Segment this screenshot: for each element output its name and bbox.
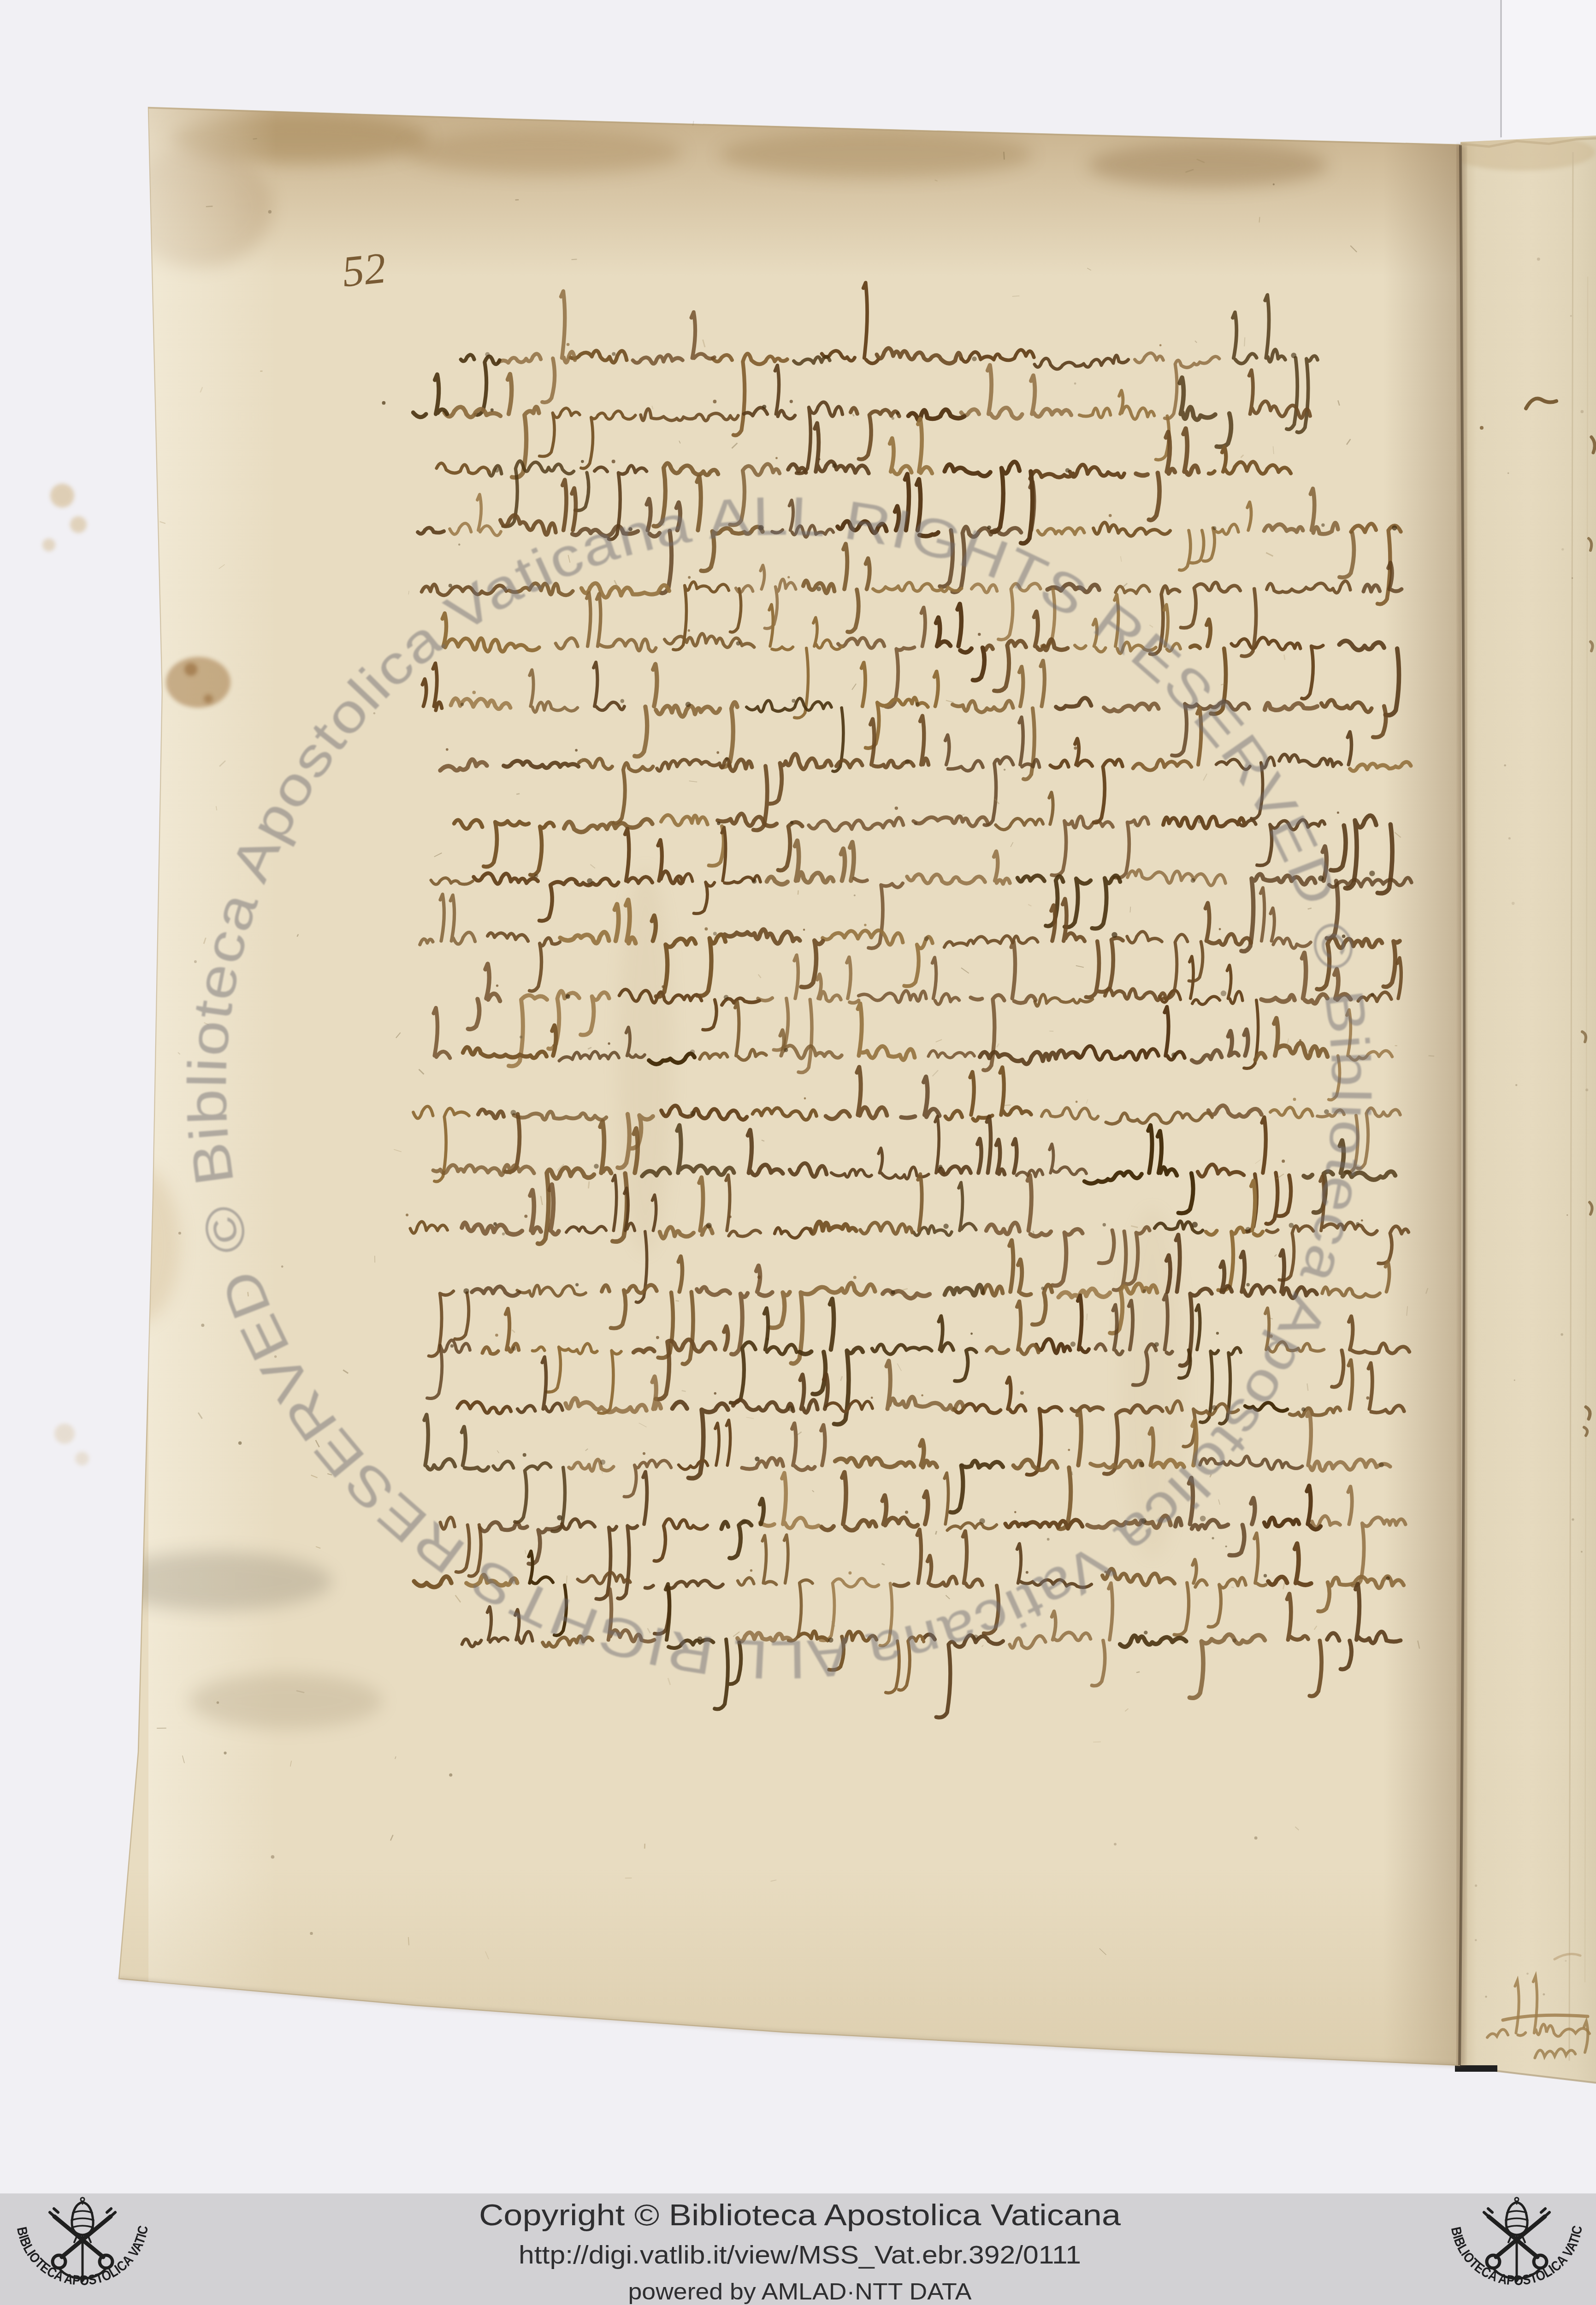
ink-dot — [757, 1276, 761, 1279]
ink-blotch — [1379, 1462, 1384, 1467]
paper-fleck — [201, 1324, 204, 1327]
strip-fleck — [1561, 1333, 1563, 1336]
ink-blotch — [916, 702, 920, 706]
ink-blotch — [686, 702, 691, 707]
footer-url: http://digi.vatlib.it/view/MSS_Vat.ebr.3… — [519, 2240, 1081, 2269]
strip-fleck — [1485, 1996, 1487, 1998]
paper-fleck — [224, 1752, 226, 1755]
ink-dot — [775, 457, 778, 459]
folio-number: 52 — [340, 243, 389, 296]
footer-powered-by: powered by AMLAD·NTT DATA — [628, 2279, 972, 2305]
ink-dot — [714, 1392, 716, 1395]
ink-dot — [1014, 1511, 1017, 1513]
paper-fleck — [271, 1855, 275, 1859]
paper-fiber-speck — [1231, 1587, 1234, 1588]
strip-fleck — [1570, 315, 1572, 317]
next-page-strip — [1448, 134, 1596, 2083]
paper-fiber-speck — [516, 794, 520, 794]
paper-fleck — [502, 1233, 505, 1235]
paper-fiber-speck — [1259, 217, 1260, 223]
ink-blotch — [896, 411, 900, 415]
ink-dot — [905, 1511, 908, 1514]
ink-blotch — [1212, 526, 1217, 531]
paper-fleck — [1225, 1545, 1227, 1547]
paper-fleck — [281, 1265, 284, 1268]
ink-dot — [729, 1216, 732, 1218]
ink-blotch — [784, 1048, 788, 1052]
paper-fleck — [449, 1773, 452, 1777]
ink-blotch — [717, 822, 720, 825]
ink-blotch — [690, 1049, 695, 1054]
ink-blotch — [495, 468, 499, 473]
paper-fiber-speck — [682, 1391, 686, 1392]
strip-fleck — [1565, 1960, 1566, 1962]
ink-dot — [871, 1397, 873, 1399]
ink-dot — [446, 748, 449, 751]
ink-blotch — [891, 1290, 895, 1294]
paper-fiber-speck — [676, 1300, 679, 1301]
strip-ink-dot — [1480, 426, 1484, 430]
ink-blotch — [1301, 1407, 1306, 1412]
strip-fleck — [1475, 1939, 1477, 1941]
ink-blotch — [511, 1110, 516, 1115]
ink-dot — [581, 460, 584, 463]
ink-blotch — [792, 699, 795, 703]
ink-dot — [567, 343, 570, 346]
ink-dot — [406, 1214, 408, 1217]
paper-fiber-speck — [1004, 152, 1004, 160]
paper-fleck — [268, 210, 272, 213]
strip-fleck — [1585, 1088, 1588, 1091]
paper-fleck — [1273, 183, 1275, 185]
ink-blotch — [960, 1463, 964, 1467]
ink-dot — [612, 460, 615, 463]
ink-dot — [382, 401, 386, 405]
strip-fleck — [1581, 410, 1584, 414]
paper-fleck — [178, 1232, 181, 1235]
ink-dot — [704, 928, 708, 931]
ink-blotch — [816, 586, 821, 591]
ink-blotch — [1142, 1289, 1146, 1293]
ink-blotch — [600, 1460, 605, 1465]
ink-blotch — [943, 1223, 948, 1229]
strip-fleck — [1507, 473, 1509, 474]
ink-blotch — [1171, 1052, 1176, 1058]
ink-blotch — [788, 1406, 794, 1412]
paper-fleck — [520, 1035, 522, 1038]
strip-fleck — [1537, 258, 1540, 261]
ink-blotch — [1111, 932, 1117, 938]
paper-fiber-speck — [206, 206, 213, 207]
ink-dot — [496, 984, 498, 987]
paper-fleck — [1212, 1537, 1214, 1539]
ink-dot — [716, 751, 719, 754]
paper-fiber-speck — [1087, 1314, 1087, 1320]
paper-fleck — [458, 544, 460, 545]
ink-blotch — [979, 1518, 985, 1524]
ink-blotch — [832, 464, 837, 468]
ink-dot — [1293, 1098, 1296, 1101]
ink-dot — [1159, 344, 1162, 347]
ink-dot — [790, 400, 793, 403]
ink-blotch — [1247, 1283, 1250, 1286]
ink-dot — [921, 1394, 923, 1396]
ink-blotch — [736, 641, 740, 645]
ink-blotch — [905, 759, 910, 764]
paper-fiber-speck — [1130, 907, 1130, 913]
ink-blotch — [594, 1164, 599, 1169]
paper-fiber-speck — [1284, 655, 1285, 660]
ink-dot — [818, 458, 821, 461]
strip-fleck — [1561, 548, 1564, 550]
ink-blotch — [1369, 870, 1375, 876]
ink-dot — [495, 1334, 498, 1337]
ink-dot — [524, 1215, 527, 1218]
strip-fleck — [1572, 1518, 1574, 1520]
ink-dot — [978, 633, 981, 636]
ink-blotch — [762, 405, 766, 409]
paper-fiber-speck — [936, 1531, 937, 1535]
ink-blotch — [1291, 353, 1296, 358]
ink-blotch — [493, 1222, 497, 1226]
paper-fiber-speck — [1429, 1056, 1434, 1056]
strip-fleck — [1504, 764, 1506, 767]
ink-blotch — [1221, 991, 1226, 996]
ink-dot — [787, 576, 790, 578]
ink-blotch — [1321, 523, 1324, 526]
strip-fleck — [1515, 1084, 1517, 1086]
ink-dot — [804, 1097, 806, 1099]
ink-blotch — [752, 879, 757, 884]
paper-fleck — [854, 894, 856, 896]
ink-blotch — [491, 408, 494, 412]
ink-dot — [662, 985, 664, 988]
ink-dot — [1337, 811, 1339, 814]
paper-fiber-speck — [408, 591, 409, 595]
ink-dot — [523, 1453, 526, 1457]
ink-blotch — [713, 932, 717, 935]
ink-blotch — [706, 1223, 711, 1228]
ink-dot — [864, 341, 867, 343]
paper-fleck — [310, 1932, 313, 1935]
ink-dot — [1020, 1391, 1024, 1395]
paper-fiber-speck — [567, 1576, 567, 1585]
ink-blotch — [741, 1519, 747, 1525]
ink-dot — [766, 1338, 769, 1341]
paper-fiber-speck — [408, 1937, 409, 1945]
ink-blotch — [1192, 1222, 1198, 1228]
ink-dot — [1109, 514, 1112, 517]
main-page — [97, 107, 1465, 2067]
ink-dot — [688, 576, 691, 579]
ink-blotch — [461, 703, 464, 706]
ink-blotch — [1144, 1631, 1147, 1634]
footer-copyright: Copyright © Biblioteca Apostolica Vatica… — [479, 2199, 1121, 2232]
strip-fleck — [1475, 1885, 1477, 1887]
ink-blotch — [566, 994, 570, 999]
ink-blotch — [1232, 1638, 1236, 1643]
backing-sheet-top-right — [1501, 0, 1596, 139]
ink-blotch — [1264, 1574, 1267, 1577]
ink-blotch — [534, 874, 538, 878]
ink-blotch — [1245, 1227, 1251, 1233]
ink-blotch — [485, 352, 490, 357]
paper-fiber-speck — [1136, 1672, 1140, 1673]
ink-dot — [552, 1044, 555, 1046]
ink-dot — [1366, 1396, 1370, 1400]
ink-dot — [848, 1572, 851, 1575]
ink-blotch — [621, 699, 625, 703]
ink-blotch — [557, 1515, 562, 1520]
strip-fleck — [1543, 1993, 1545, 1996]
ink-blotch — [1139, 1462, 1144, 1467]
ink-dot — [575, 749, 578, 752]
strip-fleck — [1566, 1214, 1568, 1216]
ink-blotch — [790, 821, 793, 824]
ink-blotch — [724, 995, 729, 1000]
ink-blotch — [1289, 1223, 1294, 1228]
ink-blotch — [1154, 1342, 1159, 1347]
ink-blotch — [939, 1165, 943, 1169]
ink-blotch — [463, 1288, 469, 1294]
paper-fleck — [1254, 1837, 1258, 1840]
ink-dot — [1068, 1449, 1070, 1451]
ink-dot — [895, 806, 898, 810]
ink-blotch — [914, 822, 917, 825]
ink-blotch — [1023, 1521, 1029, 1527]
paper-fiber-speck — [253, 139, 257, 139]
strip-fleck — [1508, 837, 1511, 839]
ink-dot — [1219, 928, 1221, 930]
paper-fiber-speck — [1072, 1472, 1072, 1475]
ink-blotch — [1065, 468, 1070, 473]
ink-dot — [750, 1569, 752, 1572]
ink-dot — [643, 1452, 645, 1455]
ink-dot — [970, 1333, 973, 1335]
ink-blotch — [924, 936, 929, 941]
ink-blotch — [1392, 526, 1397, 531]
ink-blotch — [690, 1111, 696, 1116]
paper-fiber-speck — [588, 1182, 589, 1188]
ink-dot — [803, 929, 805, 931]
manuscript-scan-stage: 52 lioteca Apostolica Vaticana ALL RIGHT… — [0, 0, 1596, 2305]
strip-fleck — [1512, 902, 1515, 905]
paper-fiber-speck — [1004, 1105, 1011, 1105]
strip-fleck — [1514, 1379, 1515, 1381]
strip-fleck — [1581, 1551, 1583, 1553]
ink-blotch — [612, 352, 615, 356]
ink-blotch — [1070, 1342, 1076, 1347]
ink-dot — [688, 629, 690, 632]
paper-fiber-speck — [515, 200, 519, 200]
ink-dot — [1076, 1101, 1078, 1103]
ink-dot — [608, 1042, 610, 1045]
ink-dot — [853, 1276, 857, 1279]
ink-dot — [656, 1336, 659, 1339]
ink-dot — [1299, 1039, 1301, 1041]
ink-blotch — [725, 757, 728, 760]
strip-corner-dark-mark — [1455, 2065, 1497, 2072]
ink-blotch — [1191, 878, 1195, 883]
paper-fleck — [1004, 768, 1005, 770]
ink-blotch — [1198, 820, 1201, 823]
manuscript-scan: 52 lioteca Apostolica Vaticana ALL RIGHT… — [0, 0, 1596, 2305]
ink-dot — [473, 691, 476, 694]
ink-dot — [1216, 1332, 1219, 1335]
ink-blotch — [1041, 1287, 1044, 1290]
ink-blotch — [512, 1347, 516, 1351]
paper-fleck — [1074, 383, 1076, 385]
ink-blotch — [575, 1283, 579, 1286]
ink-blotch — [450, 1344, 454, 1348]
ink-dot — [1282, 1159, 1285, 1163]
paper-fleck — [217, 1702, 219, 1704]
paper-fleck — [1047, 1538, 1050, 1541]
ink-blotch — [1165, 1169, 1169, 1173]
paper-fleck — [238, 1442, 242, 1445]
strip-fleck — [1526, 1973, 1529, 1975]
ink-blotch — [972, 356, 976, 361]
ink-blotch — [755, 1456, 759, 1461]
paper-fiber-speck — [1012, 296, 1020, 296]
ink-blotch — [1386, 1576, 1390, 1580]
paper-fleck — [1114, 1843, 1117, 1845]
ink-dot — [864, 924, 866, 926]
ink-dot — [713, 400, 717, 403]
paper-fiber-speck — [572, 259, 577, 260]
ink-blotch — [1103, 1223, 1106, 1226]
paper-fiber-speck — [1244, 337, 1245, 347]
paper-fiber-speck — [935, 620, 940, 620]
paper-fleck — [892, 417, 894, 420]
ink-blotch — [587, 878, 592, 884]
ink-dot — [1074, 746, 1077, 750]
paper-fiber-speck — [798, 890, 798, 894]
strip-fleck — [1572, 577, 1573, 579]
